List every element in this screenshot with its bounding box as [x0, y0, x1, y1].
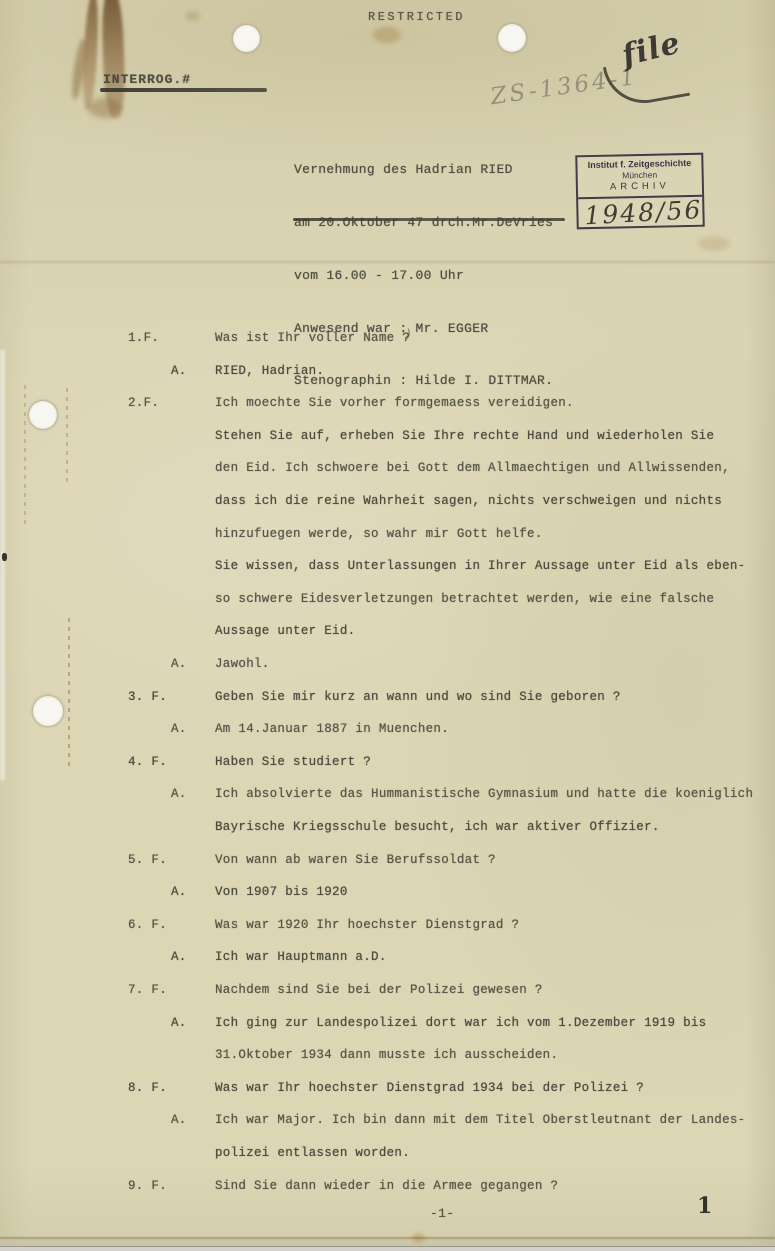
qa-line: 4. F.Haben Sie studiert ? — [0, 755, 775, 775]
header-line: vom 16.00 - 17.00 Uhr — [294, 267, 553, 285]
question-label: 8. F. — [128, 1081, 167, 1095]
qa-line: polizei entlassen worden. — [0, 1146, 775, 1166]
qa-text: Bayrische Kriegsschule besucht, ich war … — [215, 820, 660, 834]
qa-text: Ich war Major. Ich bin dann mit dem Tite… — [215, 1113, 745, 1127]
header-rule — [293, 218, 565, 221]
foxing-spot — [698, 236, 730, 251]
qa-line: A.Ich war Hauptmann a.D. — [0, 950, 775, 970]
qa-line: 1.F.Was ist Ihr voller Name ? — [0, 331, 775, 351]
qa-line: A.Jawohl. — [0, 657, 775, 677]
qa-line: 6. F.Was war 1920 Ihr hoechster Dienstgr… — [0, 918, 775, 938]
qa-text: Jawohl. — [215, 657, 270, 671]
qa-line: Bayrische Kriegsschule besucht, ich war … — [0, 820, 775, 840]
document-page: RESTRICTED INTERROG.# ZS-1364-1 file Ver… — [0, 0, 775, 1251]
tape-stain — [88, 98, 122, 118]
qa-line: dass ich die reine Wahrheit sagen, nicht… — [0, 494, 775, 514]
paper-edge-shade — [0, 1239, 775, 1246]
qa-line: Stehen Sie auf, erheben Sie Ihre rechte … — [0, 429, 775, 449]
qa-line: 9. F.Sind Sie dann wieder in die Armee g… — [0, 1179, 775, 1199]
qa-line: hinzufuegen werde, so wahr mir Gott helf… — [0, 527, 775, 547]
qa-text: Von wann ab waren Sie Berufssoldat ? — [215, 853, 496, 867]
question-label: 3. F. — [128, 690, 167, 704]
answer-label: A. — [171, 722, 187, 736]
page-number-corner: 1 — [697, 1193, 712, 1219]
qa-line: A.RIED, Hadrian. — [0, 364, 775, 384]
qa-text: RIED, Hadrian. — [215, 364, 324, 378]
question-label: 9. F. — [128, 1179, 167, 1193]
punch-hole — [233, 25, 260, 52]
qa-line: so schwere Eidesverletzungen betrachtet … — [0, 592, 775, 612]
qa-text: hinzufuegen werde, so wahr mir Gott helf… — [215, 527, 543, 541]
interrog-stamp-label: INTERROG.# — [103, 72, 191, 87]
qa-line: 2.F.Ich moechte Sie vorher formgemaess v… — [0, 396, 775, 416]
qa-text: so schwere Eidesverletzungen betrachtet … — [215, 592, 714, 606]
qa-line: A.Am 14.Januar 1887 in Muenchen. — [0, 722, 775, 742]
qa-text: 31.Oktober 1934 dann musste ich ausschei… — [215, 1048, 558, 1062]
handwriting-flourish — [603, 53, 690, 109]
qa-transcript: 1.F.Was ist Ihr voller Name ?A.RIED, Had… — [0, 331, 775, 1211]
qa-text: Am 14.Januar 1887 in Muenchen. — [215, 722, 449, 736]
answer-label: A. — [171, 787, 187, 801]
qa-text: polizei entlassen worden. — [215, 1146, 410, 1160]
qa-text: Aussage unter Eid. — [215, 624, 355, 638]
qa-line: A.Ich absolvierte das Hummanistische Gym… — [0, 787, 775, 807]
qa-line: A.Ich ging zur Landespolizei dort war ic… — [0, 1016, 775, 1036]
qa-line: A.Ich war Major. Ich bin dann mit dem Ti… — [0, 1113, 775, 1133]
qa-line: Sie wissen, dass Unterlassungen in Ihrer… — [0, 559, 775, 579]
qa-line: A.Von 1907 bis 1920 — [0, 885, 775, 905]
header-line: am 20.Oktober 47 drch.Mr.DeVries — [294, 214, 553, 232]
answer-label: A. — [171, 950, 187, 964]
interrog-underline — [100, 88, 267, 92]
qa-text: Was war 1920 Ihr hoechster Dienstgrad ? — [215, 918, 519, 932]
qa-text: Sie wissen, dass Unterlassungen in Ihrer… — [215, 559, 745, 573]
qa-text: Was ist Ihr voller Name ? — [215, 331, 410, 345]
qa-text: Sind Sie dann wieder in die Armee gegang… — [215, 1179, 558, 1193]
qa-text: Ich moechte Sie vorher formgemaess verei… — [215, 396, 574, 410]
scan-edge — [0, 1246, 775, 1251]
qa-text: Nachdem sind Sie bei der Polizei gewesen… — [215, 983, 543, 997]
answer-label: A. — [171, 657, 187, 671]
qa-text: Ich war Hauptmann a.D. — [215, 950, 387, 964]
qa-text: Geben Sie mir kurz an wann und wo sind S… — [215, 690, 621, 704]
question-label: 7. F. — [128, 983, 167, 997]
question-label: 4. F. — [128, 755, 167, 769]
page-number-center: -1- — [430, 1206, 454, 1221]
archive-stamp-text: Institut f. Zeitgeschichte München ARCHI… — [577, 155, 702, 200]
qa-text: den Eid. Ich schwoere bei Gott dem Allma… — [215, 461, 730, 475]
answer-label: A. — [171, 1113, 187, 1127]
foxing-spot — [373, 27, 401, 43]
qa-text: Was war Ihr hoechster Dienstgrad 1934 be… — [215, 1081, 644, 1095]
question-label: 5. F. — [128, 853, 167, 867]
qa-line: den Eid. Ich schwoere bei Gott dem Allma… — [0, 461, 775, 481]
handwritten-archive-number: 1948/56 — [584, 194, 715, 230]
answer-label: A. — [171, 1016, 187, 1030]
qa-line: 8. F.Was war Ihr hoechster Dienstgrad 19… — [0, 1081, 775, 1101]
qa-line: 31.Oktober 1934 dann musste ich ausschei… — [0, 1048, 775, 1068]
answer-label: A. — [171, 364, 187, 378]
qa-line: 5. F.Von wann ab waren Sie Berufssoldat … — [0, 853, 775, 873]
qa-text: Stehen Sie auf, erheben Sie Ihre rechte … — [215, 429, 714, 443]
qa-line: Aussage unter Eid. — [0, 624, 775, 644]
qa-text: Ich ging zur Landespolizei dort war ich … — [215, 1016, 706, 1030]
punch-hole — [498, 24, 526, 52]
qa-text: Von 1907 bis 1920 — [215, 885, 348, 899]
foxing-spot — [185, 11, 200, 21]
qa-line: 7. F.Nachdem sind Sie bei der Polizei ge… — [0, 983, 775, 1003]
answer-label: A. — [171, 885, 187, 899]
qa-line: 3. F.Geben Sie mir kurz an wann und wo s… — [0, 690, 775, 710]
classification-header: RESTRICTED — [368, 10, 465, 24]
archive-stamp: Institut f. Zeitgeschichte München ARCHI… — [575, 153, 705, 230]
question-label: 1.F. — [128, 331, 159, 345]
qa-text: Haben Sie studiert ? — [215, 755, 371, 769]
question-label: 6. F. — [128, 918, 167, 932]
stamp-archiv-line: ARCHIV — [578, 180, 702, 194]
question-label: 2.F. — [128, 396, 159, 410]
qa-text: dass ich die reine Wahrheit sagen, nicht… — [215, 494, 722, 508]
header-line: Vernehmung des Hadrian RIED — [294, 161, 553, 179]
qa-text: Ich absolvierte das Hummanistische Gymna… — [215, 787, 753, 801]
